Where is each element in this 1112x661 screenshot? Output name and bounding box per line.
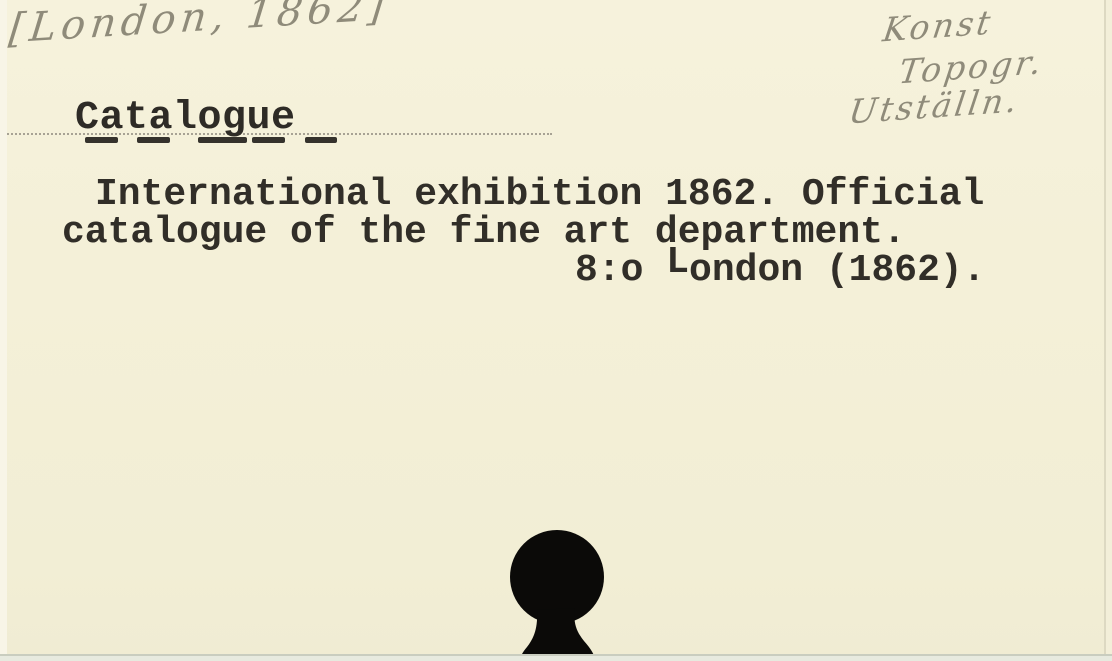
handwritten-classification-line-1: Konst [880,2,995,49]
imprint-rest: ondon (1862). [689,249,985,292]
entry-line-2: catalogue of the fine art department. [62,214,906,252]
handwritten-annotation-top-left: [London, 1862] [7,0,392,52]
handwritten-classification-line-3: Utställn. [846,80,1022,131]
card-right-edge [1106,0,1112,661]
imprint-prefix: 8:o [575,249,666,292]
card-left-edge [0,0,7,661]
punch-hole [498,522,618,661]
card-heading: Catalogue [75,99,296,139]
entry-line-1: International exhibition 1862. Official [95,176,984,214]
imprint-raised-letter: L [666,241,689,284]
card-bottom-edge [0,656,1112,661]
catalog-card: [London, 1862] Konst Topogr. Utställn. C… [0,0,1112,661]
entry-line-3: 8:o London (1862). [575,252,985,290]
